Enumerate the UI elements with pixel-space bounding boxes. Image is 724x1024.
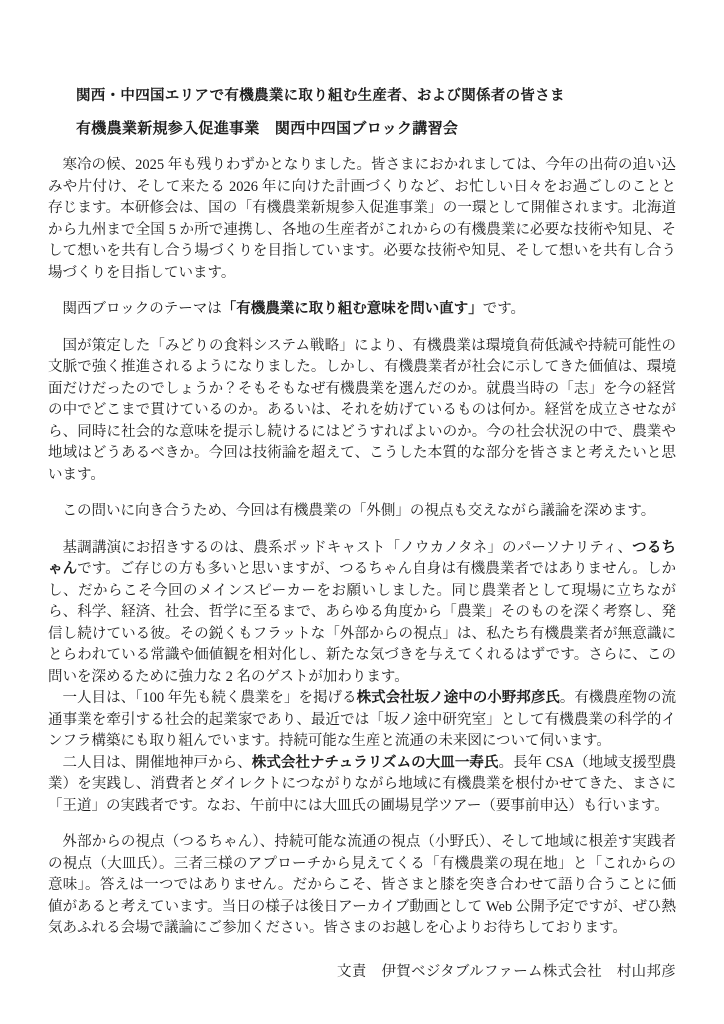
paragraph: 二人目は、開催地神戸から、株式会社ナチュラリズムの大皿一寿氏。長年 CSA（地域… [48,753,676,818]
document-body: 寒冷の候、2025 年も残りわずかとなりました。皆さまにおかれましては、今年の出… [48,155,676,940]
paragraph: 外部からの視点（つるちゃん）、持続可能な流通の視点（小野氏）、そして地域に根差す… [48,832,676,940]
recipient-line: 関西・中四国エリアで有機農業に取り組む生産者、および関係者の皆さま [48,86,676,108]
text-run: 寒冷の候、2025 年も残りわずかとなりました。皆さまにおかれましては、今年の出… [48,157,676,281]
emphasis-text: 「有機農業に取り組む意味を問い直す」 [222,301,483,317]
text-run: です。ご存じの方も多いと思いますが、つるちゃん自身は有機農業者ではありません。し… [48,561,676,685]
text-run: 関西ブロックのテーマは [63,301,222,317]
text-run: 一人目は、「100 年先も続く農業を」を掲げる [63,690,357,706]
paragraph: 寒冷の候、2025 年も残りわずかとなりました。皆さまにおかれましては、今年の出… [48,155,676,284]
paragraph: 一人目は、「100 年先も続く農業を」を掲げる株式会社坂ノ途中の小野邦彦氏。有機… [48,688,676,753]
document-title: 有機農業新規参入促進事業 関西中四国ブロック講習会 [48,119,676,141]
paragraph: この問いに向き合うため、今回は有機農業の「外側」の視点も交えながら議論を深めます… [48,501,676,523]
text-run: 外部からの視点（つるちゃん）、持続可能な流通の視点（小野氏）、そして地域に根差す… [48,834,676,936]
text-run: です。 [483,301,525,317]
text-run: 国が策定した「みどりの食料システム戦略」により、有機農業は環境負荷低減や持続可能… [48,338,676,483]
document-page: 関西・中四国エリアで有機農業に取り組む生産者、および関係者の皆さま 有機農業新規… [0,0,724,1024]
paragraph: 関西ブロックのテーマは「有機農業に取り組む意味を問い直す」です。 [48,299,676,321]
signature-line: 文責 伊賀ベジタブルファーム株式会社 村山邦彦 [48,962,676,984]
paragraph: 国が策定した「みどりの食料システム戦略」により、有機農業は環境負荷低減や持続可能… [48,336,676,487]
text-run: 基調講演にお招きするのは、農系ポッドキャスト「ノウカノタネ」のパーソナリティ、 [63,540,633,556]
text-run: 二人目は、開催地神戸から、 [63,755,252,771]
paragraph: 基調講演にお招きするのは、農系ポッドキャスト「ノウカノタネ」のパーソナリティ、つ… [48,538,676,689]
emphasis-text: 株式会社ナチュラリズムの大皿一寿氏 [252,755,499,771]
emphasis-text: 株式会社坂ノ途中の小野邦彦氏 [357,690,560,706]
text-run: この問いに向き合うため、今回は有機農業の「外側」の視点も交えながら議論を深めます… [63,503,656,519]
